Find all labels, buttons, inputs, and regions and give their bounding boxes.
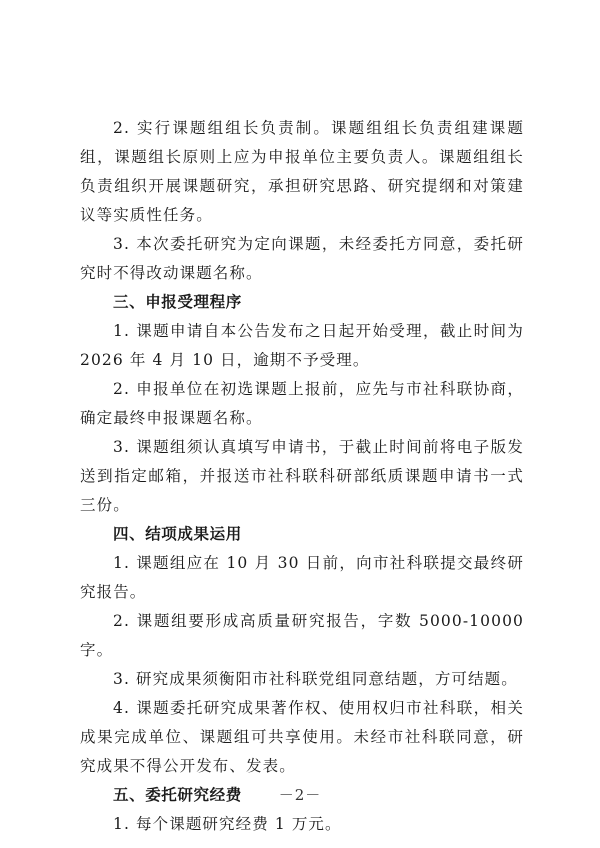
paragraph-application-deadline: 1. 课题申请自本公告发布之日起开始受理，截止时间为 2026 年 4 月 10… — [80, 317, 524, 375]
paragraph-final-report-deadline: 1. 课题组应在 10 月 30 日前，向市社科联提交最终研究报告。 — [80, 549, 524, 607]
paragraph-directed-topic: 3. 本次委托研究为定向课题，未经委托方同意，委托研究时不得改动课题名称。 — [80, 230, 524, 288]
page-number: －2－ — [0, 784, 600, 805]
paragraph-approval: 3. 研究成果须衡阳市社科联党组同意结题，方可结题。 — [80, 665, 524, 694]
section-heading-application-procedure: 三、申报受理程序 — [80, 288, 524, 317]
section-heading-results-usage: 四、结项成果运用 — [80, 520, 524, 549]
document-body: 2. 实行课题组组长负责制。课题组组长负责组建课题组，课题组长原则上应为申报单位… — [80, 114, 524, 839]
paragraph-copyright: 4. 课题委托研究成果著作权、使用权归市社科联，相关成果完成单位、课题组可共享使… — [80, 694, 524, 781]
paragraph-report-length: 2. 课题组要形成高质量研究报告，字数 5000-10000 字。 — [80, 607, 524, 665]
paragraph-application-form: 3. 课题组须认真填写申请书，于截止时间前将电子版发送到指定邮箱，并报送市社科联… — [80, 433, 524, 520]
paragraph-funding-amount: 1. 每个课题研究经费 1 万元。 — [80, 810, 524, 839]
paragraph-consultation: 2. 申报单位在初选课题上报前，应先与市社科联协商，确定最终申报课题名称。 — [80, 375, 524, 433]
paragraph-group-leader-responsibility: 2. 实行课题组组长负责制。课题组组长负责组建课题组，课题组长原则上应为申报单位… — [80, 114, 524, 230]
